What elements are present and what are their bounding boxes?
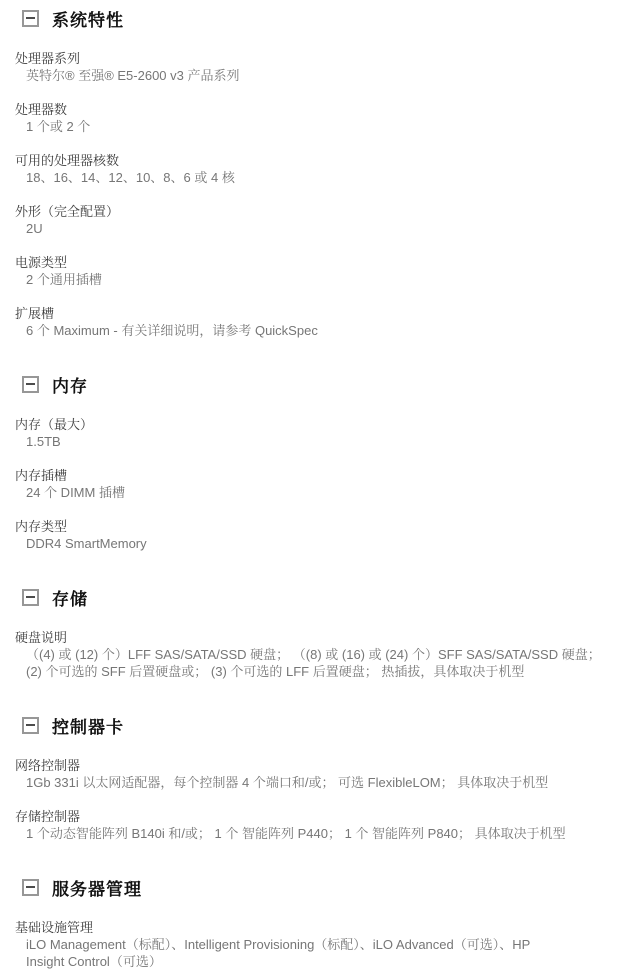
spec-item: 处理器数 1 个或 2 个 [0,102,632,135]
spec-value: DDR4 SmartMemory [0,535,632,552]
collapse-minus-icon[interactable] [22,879,39,896]
spec-value: 1 个动态智能阵列 B140i 和/或； 1 个 智能阵列 P440； 1 个 … [0,825,632,842]
spec-label: 电源类型 [0,255,632,271]
spec-value: 6 个 Maximum - 有关详细说明，请参考 QuickSpec [0,322,632,339]
spec-item: 硬盘说明 （(4) 或 (12) 个）LFF SAS/SATA/SSD 硬盘； … [0,630,632,680]
spec-section: 内存 内存（最大） 1.5TB 内存插槽 24 个 DIMM 插槽 内存类型 D… [0,373,632,552]
spec-value: 24 个 DIMM 插槽 [0,484,632,501]
minus-bar [26,17,35,19]
section-title[interactable]: 服务器管理 [52,875,142,900]
spec-item: 内存插槽 24 个 DIMM 插槽 [0,468,632,501]
collapse-minus-icon[interactable] [22,589,39,606]
section-title[interactable]: 存储 [52,585,88,610]
spec-label: 外形（完全配置） [0,204,632,220]
spec-label: 可用的处理器核数 [0,153,632,169]
collapse-minus-icon[interactable] [22,10,39,27]
section-body: 硬盘说明 （(4) 或 (12) 个）LFF SAS/SATA/SSD 硬盘； … [0,630,632,680]
spec-section: 控制器卡 网络控制器 1Gb 331i 以太网适配器，每个控制器 4 个端口和/… [0,714,632,842]
section-body: 基础设施管理 iLO Management（标配）、Intelligent Pr… [0,920,632,970]
spec-item: 存储控制器 1 个动态智能阵列 B140i 和/或； 1 个 智能阵列 P440… [0,809,632,842]
collapse-minus-icon[interactable] [22,376,39,393]
section-title[interactable]: 控制器卡 [52,713,124,738]
section-header: 存储 [22,586,632,608]
spec-item: 网络控制器 1Gb 331i 以太网适配器，每个控制器 4 个端口和/或； 可选… [0,758,632,791]
spec-label: 基础设施管理 [0,920,632,936]
spec-value: 1Gb 331i 以太网适配器，每个控制器 4 个端口和/或； 可选 Flexi… [0,774,632,791]
spec-label: 存储控制器 [0,809,632,825]
spec-value: 英特尔® 至强® E5-2600 v3 产品系列 [0,67,632,84]
minus-bar [26,596,35,598]
spec-label: 内存类型 [0,519,632,535]
section-body: 内存（最大） 1.5TB 内存插槽 24 个 DIMM 插槽 内存类型 DDR4… [0,417,632,552]
spec-label: 网络控制器 [0,758,632,774]
spec-value: 2U [0,220,632,237]
spec-section: 服务器管理 基础设施管理 iLO Management（标配）、Intellig… [0,876,632,970]
section-title[interactable]: 系统特性 [52,6,124,31]
minus-bar [26,724,35,726]
minus-bar [26,383,35,385]
spec-value: iLO Management（标配）、Intelligent Provision… [0,936,632,970]
spec-value: 1 个或 2 个 [0,118,632,135]
spec-item: 内存类型 DDR4 SmartMemory [0,519,632,552]
section-header: 控制器卡 [22,714,632,736]
section-header: 系统特性 [22,7,632,29]
spec-label: 处理器系列 [0,51,632,67]
spec-item: 内存（最大） 1.5TB [0,417,632,450]
spec-label: 硬盘说明 [0,630,632,646]
spec-item: 处理器系列 英特尔® 至强® E5-2600 v3 产品系列 [0,51,632,84]
spec-value: （(4) 或 (12) 个）LFF SAS/SATA/SSD 硬盘； （(8) … [0,646,632,680]
spec-item: 基础设施管理 iLO Management（标配）、Intelligent Pr… [0,920,632,970]
spec-value: 18、16、14、12、10、8、6 或 4 核 [0,169,632,186]
spec-label: 处理器数 [0,102,632,118]
minus-bar [26,886,35,888]
spec-item: 外形（完全配置） 2U [0,204,632,237]
spec-label: 内存（最大） [0,417,632,433]
spec-item: 电源类型 2 个通用插槽 [0,255,632,288]
product-spec-list: 系统特性 处理器系列 英特尔® 至强® E5-2600 v3 产品系列 处理器数… [0,7,632,970]
spec-label: 内存插槽 [0,468,632,484]
section-body: 处理器系列 英特尔® 至强® E5-2600 v3 产品系列 处理器数 1 个或… [0,51,632,339]
section-title[interactable]: 内存 [52,372,88,397]
section-header: 服务器管理 [22,876,632,898]
spec-value: 2 个通用插槽 [0,271,632,288]
spec-value: 1.5TB [0,433,632,450]
section-header: 内存 [22,373,632,395]
spec-item: 可用的处理器核数 18、16、14、12、10、8、6 或 4 核 [0,153,632,186]
spec-section: 系统特性 处理器系列 英特尔® 至强® E5-2600 v3 产品系列 处理器数… [0,7,632,339]
spec-item: 扩展槽 6 个 Maximum - 有关详细说明，请参考 QuickSpec [0,306,632,339]
spec-section: 存储 硬盘说明 （(4) 或 (12) 个）LFF SAS/SATA/SSD 硬… [0,586,632,680]
section-body: 网络控制器 1Gb 331i 以太网适配器，每个控制器 4 个端口和/或； 可选… [0,758,632,842]
spec-label: 扩展槽 [0,306,632,322]
collapse-minus-icon[interactable] [22,717,39,734]
